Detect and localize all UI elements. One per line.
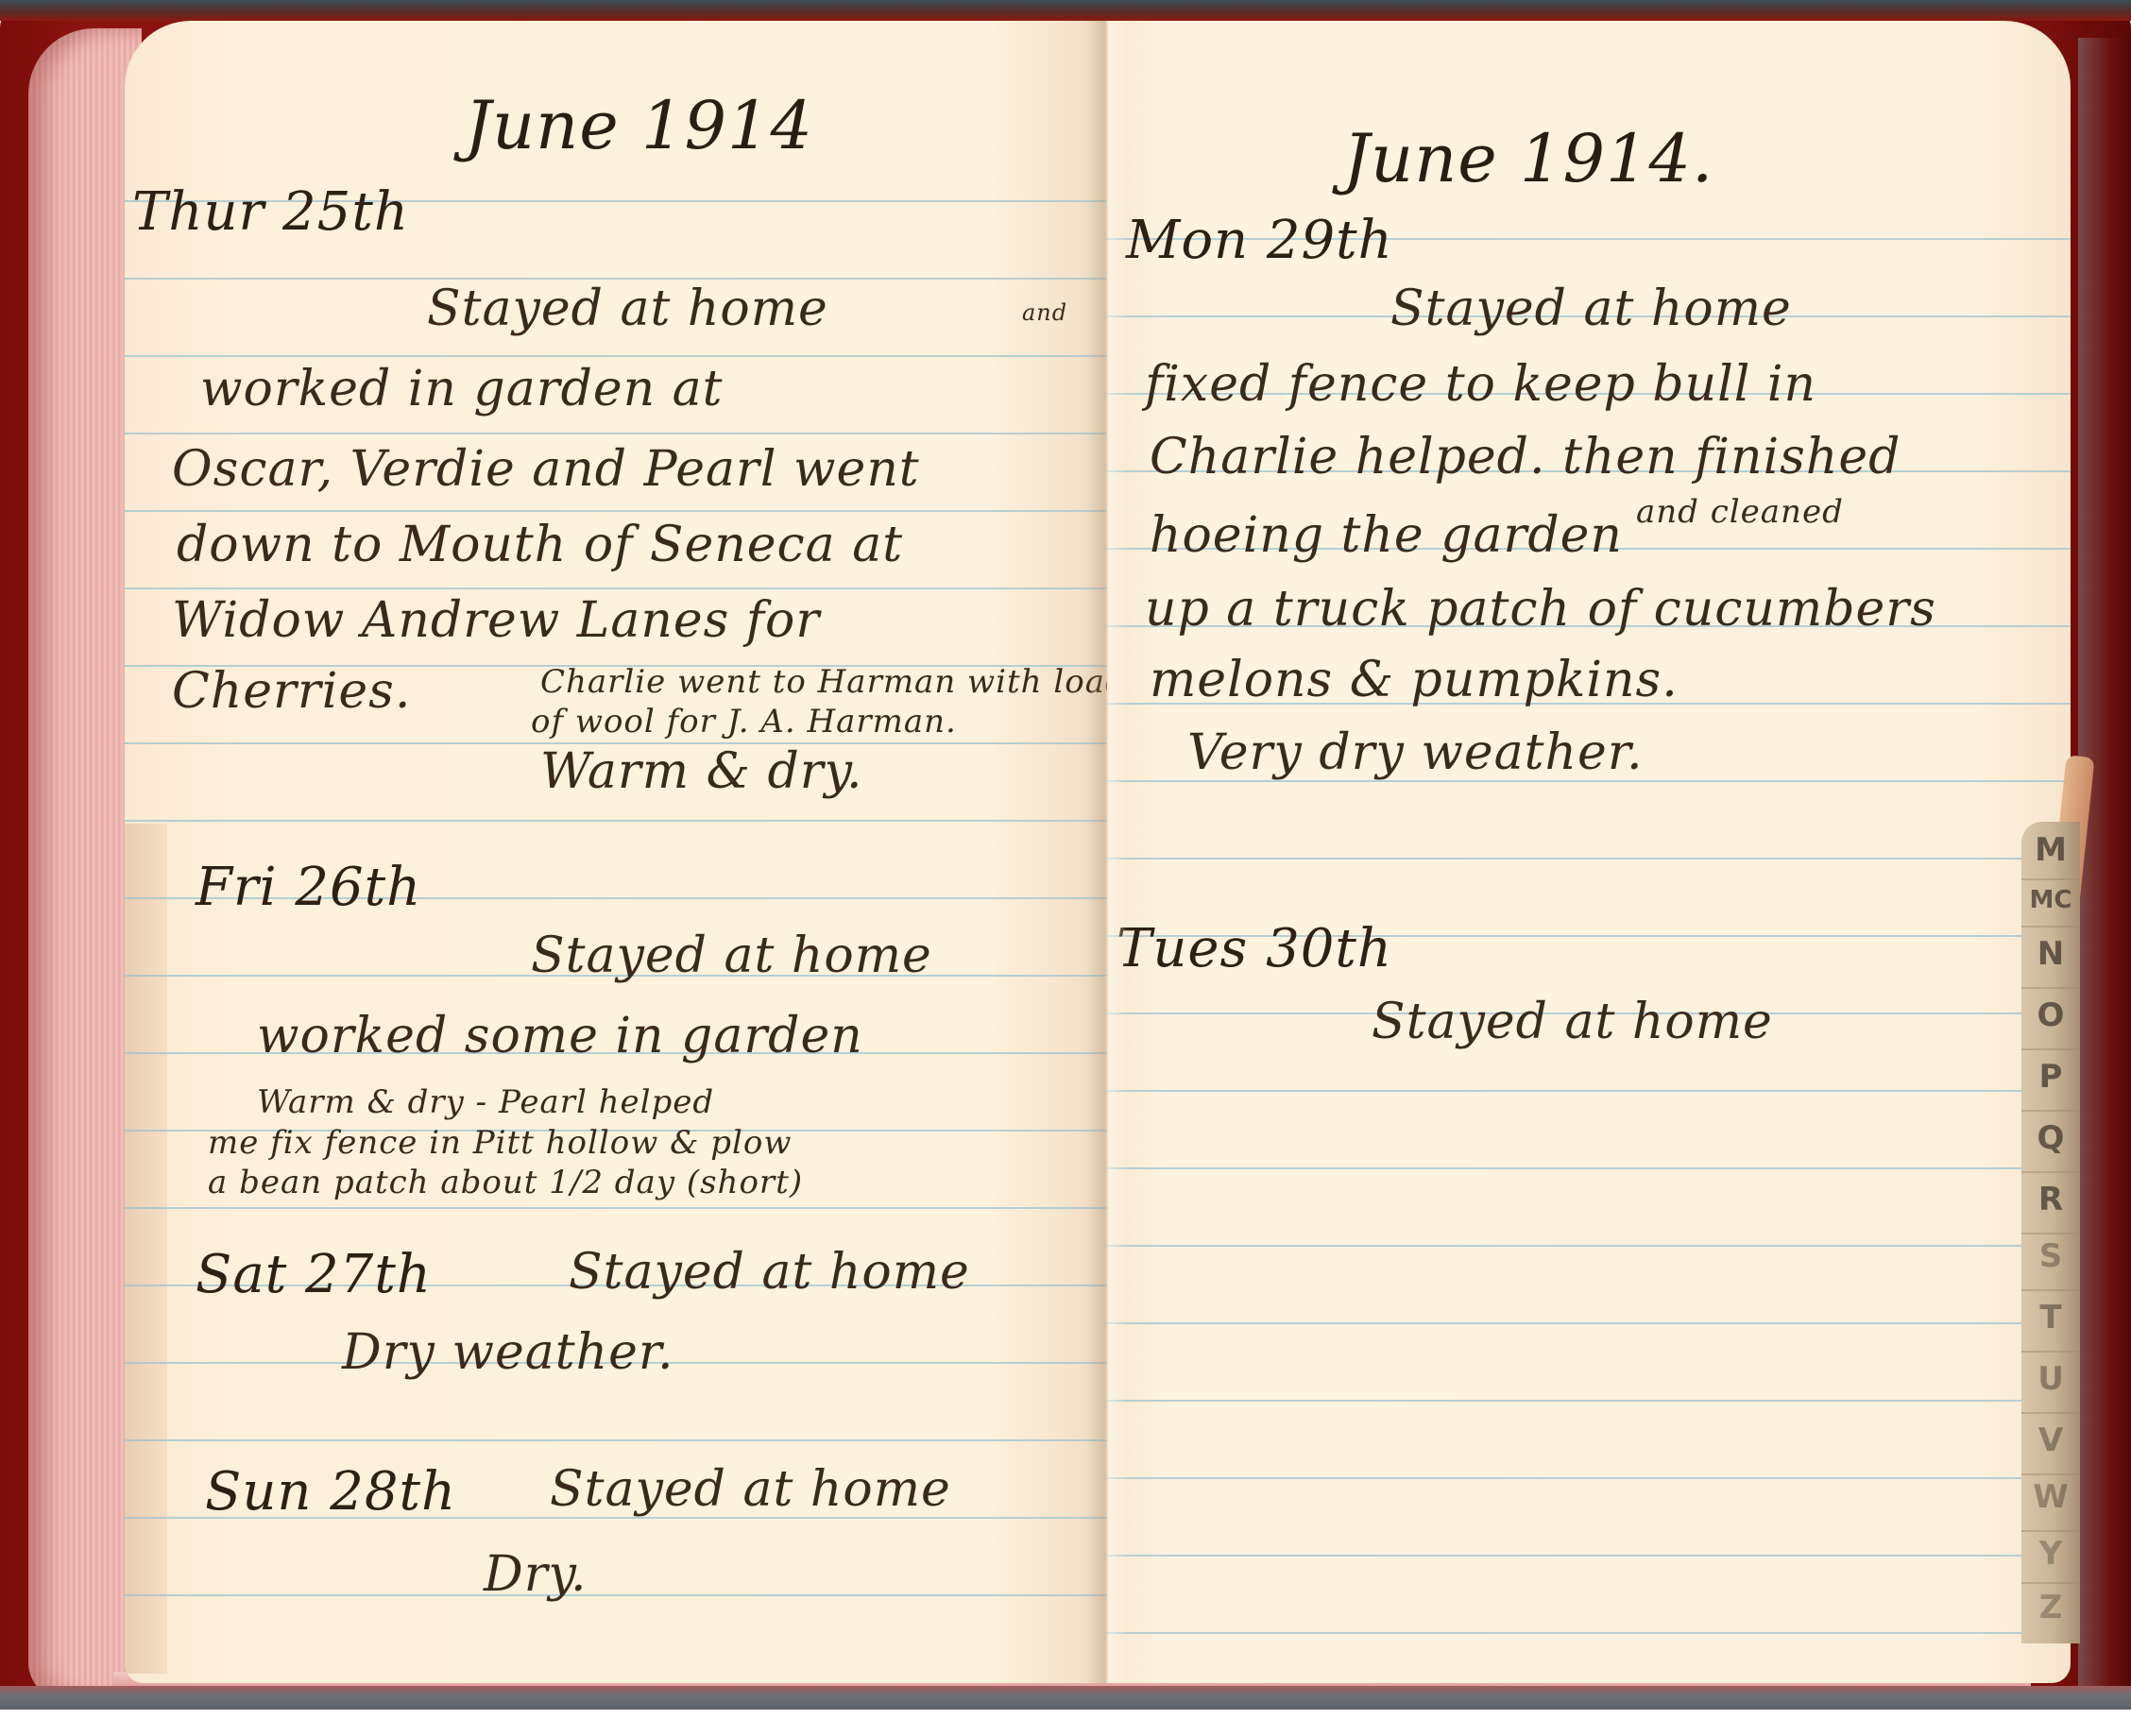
- index-tab[interactable]: Y: [2021, 1535, 2080, 1573]
- tab-divider: [2021, 1171, 2080, 1173]
- tab-divider: [2021, 1048, 2080, 1050]
- index-tab[interactable]: W: [2021, 1478, 2080, 1516]
- ruled-line: [125, 1594, 1107, 1596]
- tab-divider: [2021, 1233, 2080, 1234]
- ruled-line: [1107, 1090, 2071, 1092]
- entry-line: hoeing the garden: [1150, 507, 1623, 564]
- entry-insert-line: Charlie went to Harman with load: [540, 663, 1107, 701]
- ruled-line: [125, 355, 1107, 357]
- right-page-header: June 1914.: [1343, 120, 1713, 197]
- entry-line: Charlie helped. then finished: [1150, 429, 1901, 485]
- entry-line: Stayed at home: [531, 928, 932, 984]
- entry-insert-line: of wool for J. A. Harman.: [531, 703, 957, 740]
- index-tab[interactable]: S: [2021, 1237, 2080, 1275]
- alphabet-index-tabs[interactable]: M MC N O P Q R S T U V W Y Z: [2021, 822, 2080, 1643]
- index-tab[interactable]: U: [2021, 1360, 2080, 1398]
- ruled-line: [1107, 1555, 2071, 1557]
- ruled-line: [125, 510, 1107, 512]
- entry-line: Stayed at home: [1390, 281, 1792, 337]
- tab-divider: [2021, 1530, 2080, 1532]
- cover-right-edge: [2078, 38, 2131, 1691]
- entry-day-label: Sat 27th: [196, 1244, 432, 1305]
- entry-superscript: and cleaned: [1636, 493, 1844, 531]
- index-tab[interactable]: V: [2021, 1421, 2080, 1459]
- entry-weather: Warm & dry.: [540, 743, 863, 800]
- ruled-line: [1107, 1400, 2071, 1402]
- ruled-line: [125, 820, 1107, 822]
- cover-bottom-edge: [0, 1686, 2131, 1710]
- cover-top-edge: [0, 0, 2131, 21]
- tab-divider: [2021, 1289, 2080, 1291]
- entry-day-label: Thur 25th: [132, 181, 409, 243]
- index-tab[interactable]: P: [2021, 1058, 2080, 1096]
- ruled-line: [1107, 1632, 2071, 1634]
- index-tab[interactable]: R: [2021, 1181, 2080, 1218]
- ruled-line: [1107, 1322, 2071, 1324]
- index-tab[interactable]: M: [2021, 831, 2080, 869]
- tab-divider: [2021, 1582, 2080, 1584]
- left-page-header: June 1914: [465, 87, 813, 164]
- book-gutter: [1086, 21, 1128, 1683]
- entry-line: down to Mouth of Seneca at: [177, 517, 903, 573]
- entry-line: Very dry weather.: [1187, 724, 1644, 781]
- ruled-line: [125, 1439, 1107, 1441]
- entry-line: Stayed at home: [427, 281, 828, 337]
- entry-line: Cherries.: [172, 663, 411, 720]
- entry-line: Warm & dry - Pearl helped: [257, 1083, 714, 1121]
- entry-line: melons & pumpkins.: [1150, 652, 1679, 708]
- left-page: June 1914 Thur 25th Stayed at home and w…: [125, 21, 1107, 1683]
- tab-divider: [2021, 1110, 2080, 1112]
- tab-divider: [2021, 1412, 2080, 1414]
- ruled-line: [125, 278, 1107, 280]
- ruled-line: [125, 433, 1107, 434]
- entry-line: Stayed at home: [569, 1244, 970, 1301]
- tab-divider: [2021, 926, 2080, 928]
- entry-day-label: Fri 26th: [196, 857, 421, 918]
- ruled-line: [1107, 1245, 2071, 1247]
- index-tab[interactable]: Z: [2021, 1589, 2080, 1626]
- entry-line: Dry.: [484, 1546, 588, 1603]
- entry-line: a bean patch about 1/2 day (short): [208, 1164, 803, 1201]
- tab-divider: [2021, 1473, 2080, 1475]
- ruled-line: [1107, 1167, 2071, 1169]
- tucked-page-fragment: [125, 824, 167, 1674]
- entry-line: Stayed at home: [1372, 994, 1773, 1050]
- entry-line: fixed fence to keep bull in: [1145, 356, 1816, 413]
- ruled-line: [1107, 858, 2071, 859]
- entry-day-label: Tues 30th: [1117, 918, 1392, 979]
- entry-line: Stayed at home: [550, 1461, 951, 1518]
- tab-divider: [2021, 987, 2080, 989]
- ruled-line: [125, 1207, 1107, 1209]
- entry-line: up a truck patch of cucumbers: [1145, 581, 1936, 638]
- ruled-line: [1107, 1477, 2071, 1479]
- entry-line: Widow Andrew Lanes for: [172, 592, 820, 649]
- entry-superscript: and: [1022, 299, 1067, 326]
- entry-line: Dry weather.: [342, 1324, 674, 1381]
- tab-divider: [2021, 878, 2080, 880]
- entry-day-label: Mon 29th: [1126, 210, 1393, 271]
- ruled-line: [125, 587, 1107, 589]
- index-tab[interactable]: N: [2021, 935, 2080, 973]
- entry-line: worked in garden at: [200, 361, 724, 417]
- right-page: June 1914. Mon 29th Stayed at home fixed…: [1107, 21, 2071, 1683]
- index-tab[interactable]: Q: [2021, 1119, 2080, 1157]
- index-tab[interactable]: MC: [2021, 886, 2080, 914]
- entry-day-label: Sun 28th: [205, 1461, 456, 1523]
- entry-line: Oscar, Verdie and Pearl went: [172, 441, 920, 498]
- entry-line: worked some in garden: [257, 1008, 863, 1064]
- entry-line: me fix fence in Pitt hollow & plow: [208, 1124, 792, 1162]
- index-tab[interactable]: T: [2021, 1299, 2080, 1336]
- index-tab[interactable]: O: [2021, 996, 2080, 1034]
- tab-divider: [2021, 1351, 2080, 1353]
